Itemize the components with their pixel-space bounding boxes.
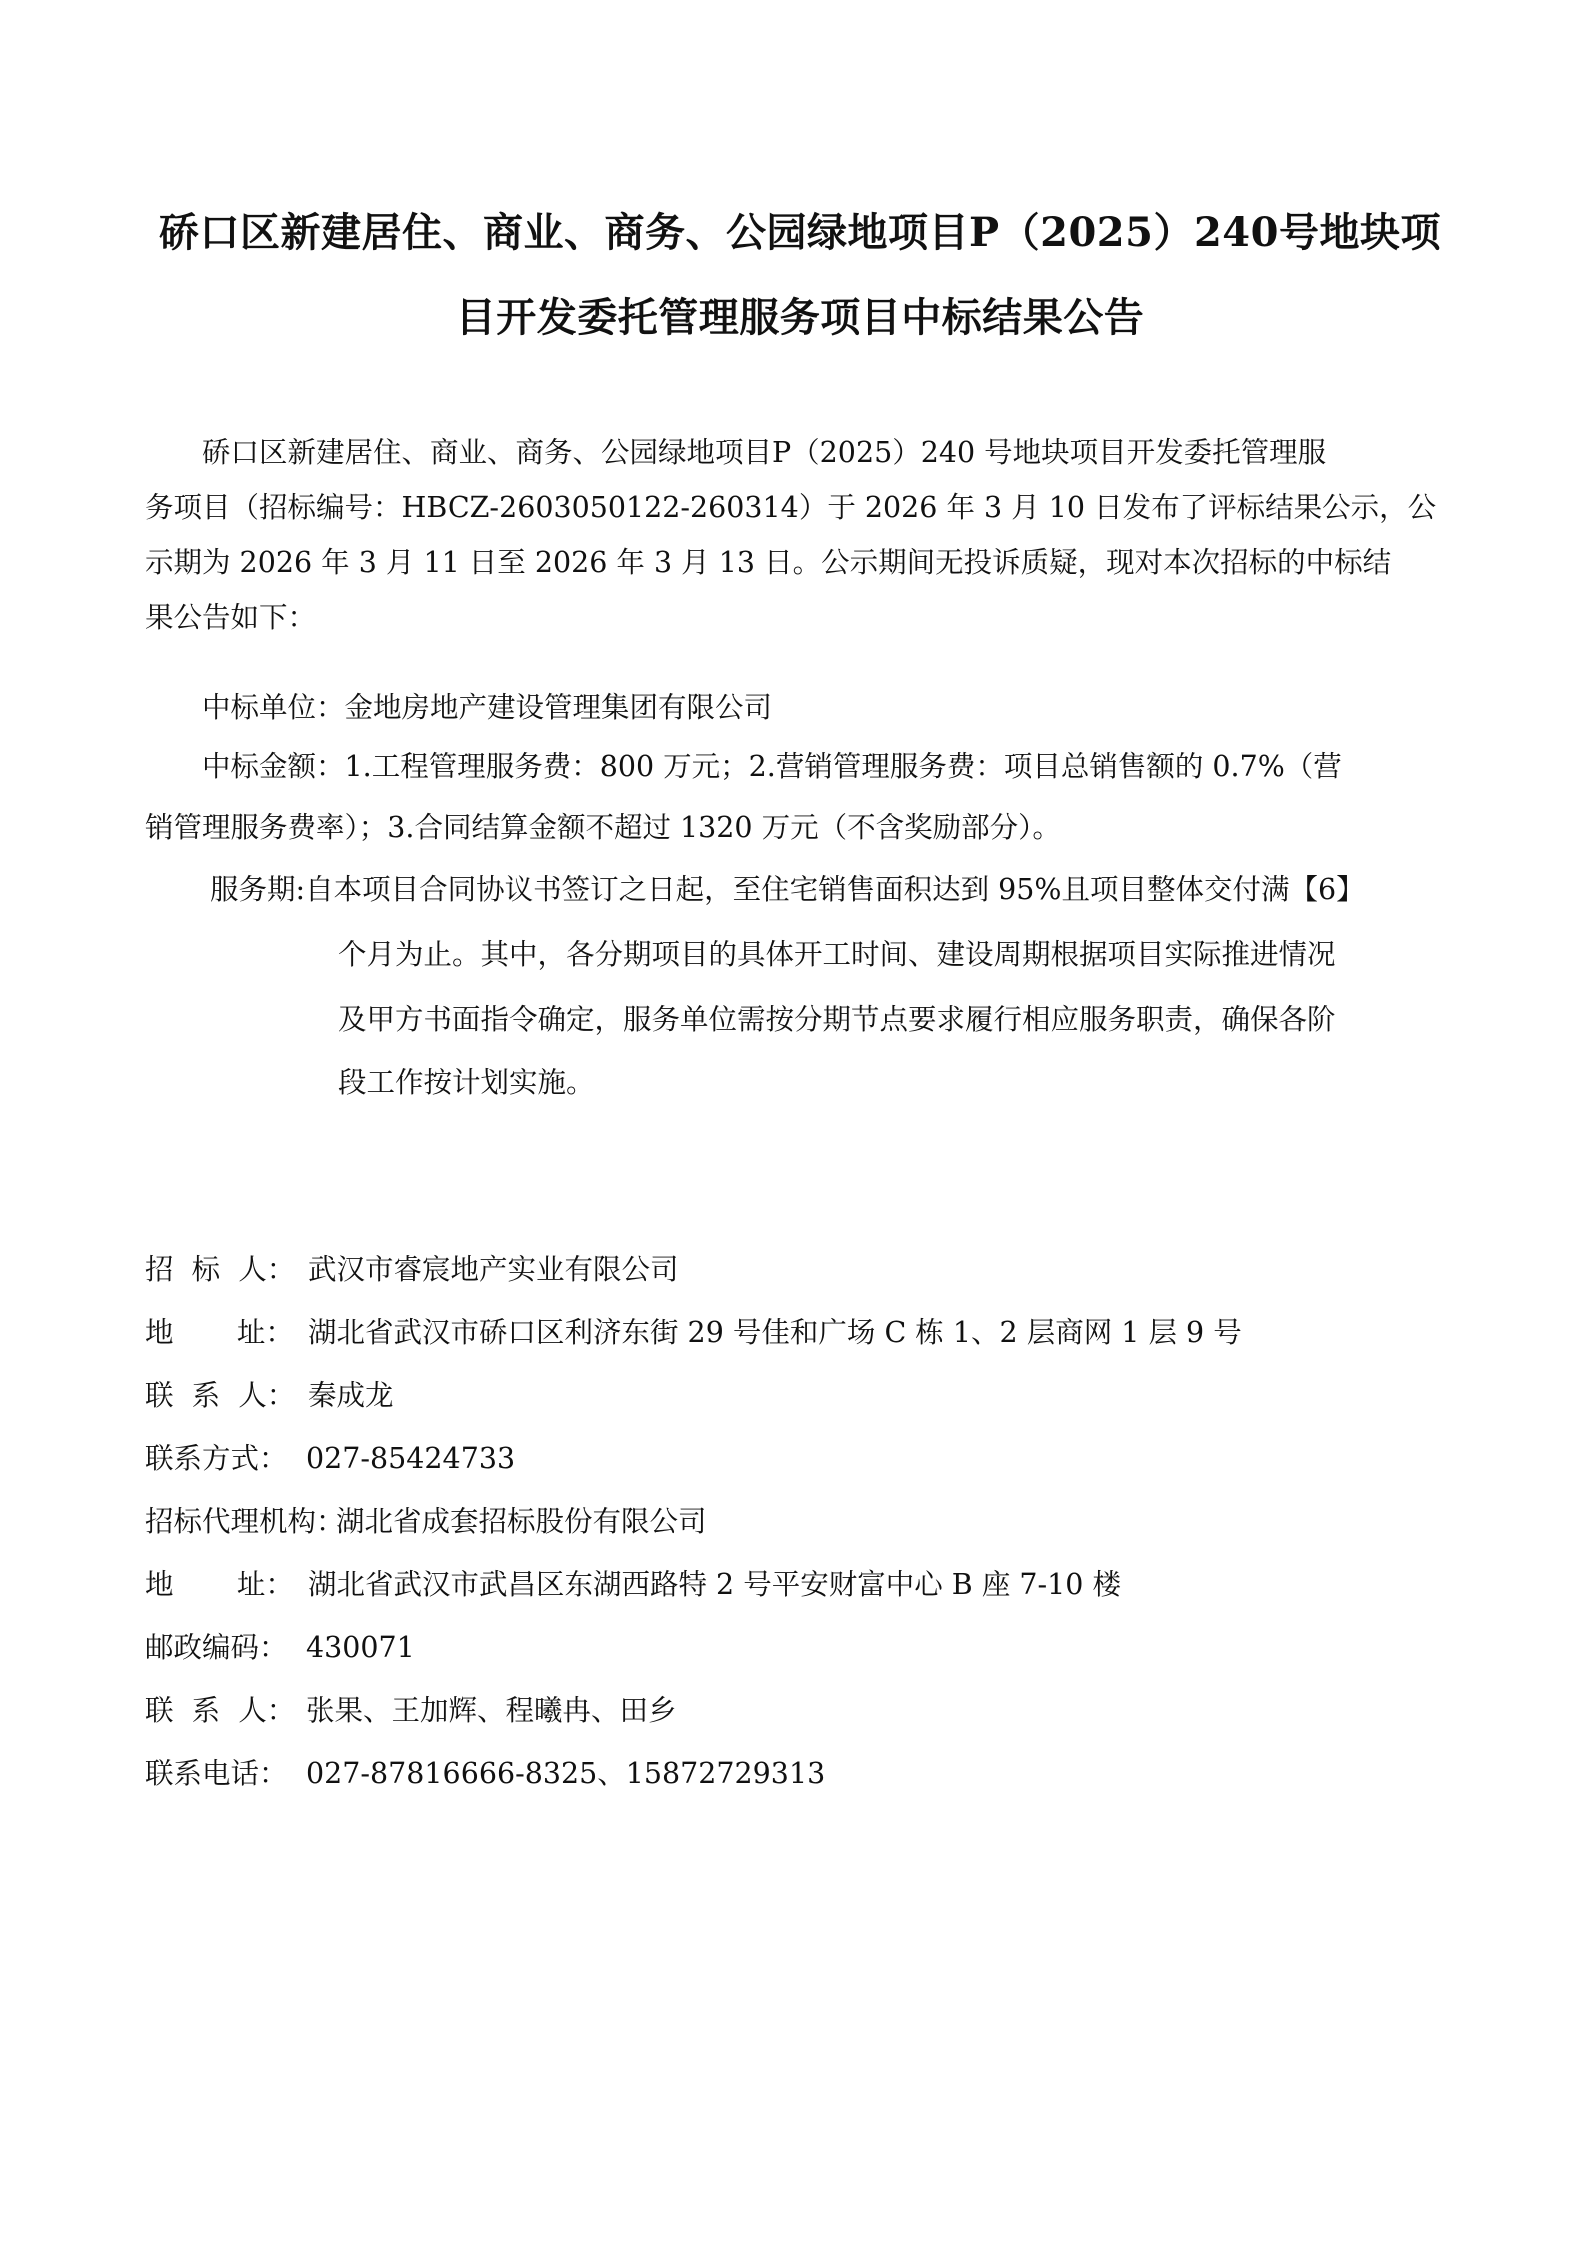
- tenderer-label: 招 标 人：: [145, 1250, 295, 1290]
- tenderer-value: 武汉市睿宸地产实业有限公司: [308, 1250, 679, 1290]
- service-period-label: 服务期:: [210, 873, 305, 906]
- tenderer-phone-value: 027-85424733: [306, 1439, 515, 1479]
- postal-code-label: 邮政编码：: [145, 1628, 288, 1668]
- tenderer-address-label: 地 址：: [145, 1313, 294, 1353]
- amount-line-2: 销管理服务费率）；3.合同结算金额不超过 1320 万元（不含奖励部分）。: [145, 808, 1061, 848]
- postal-code-value: 430071: [306, 1628, 415, 1668]
- service-period-line-2: 个月为止。其中，各分期项目的具体开工时间、建设周期根据项目实际推进情况: [338, 935, 1336, 975]
- document-title-line-2: 目开发委托管理服务项目中标结果公告: [140, 290, 1460, 346]
- amount-line-1: 中标金额：1.工程管理服务费：800 万元；2.营销管理服务费：项目总销售额的 …: [202, 747, 1342, 787]
- agency-value: 湖北省成套招标股份有限公司: [336, 1502, 707, 1542]
- intro-paragraph-line-2: 务项目（招标编号：HBCZ-2603050122-260314）于 2026 年…: [145, 488, 1436, 528]
- intro-paragraph-line-3: 示期为 2026 年 3 月 11 日至 2026 年 3 月 13 日。公示期…: [145, 543, 1391, 583]
- intro-paragraph-line-4: 果公告如下：: [145, 598, 316, 638]
- agency-phone-label: 联系电话：: [145, 1754, 288, 1794]
- winner-label: 中标单位：: [202, 691, 345, 724]
- winner-line: 中标单位：金地房地产建设管理集团有限公司: [202, 688, 772, 728]
- tenderer-contact-value: 秦成龙: [308, 1376, 394, 1416]
- agency-phone-value: 027-87816666-8325、15872729313: [306, 1754, 825, 1794]
- tenderer-phone-label: 联系方式：: [145, 1439, 288, 1479]
- winner-value: 金地房地产建设管理集团有限公司: [345, 691, 773, 724]
- agency-label: 招标代理机构：: [145, 1502, 345, 1542]
- service-period-line-3: 及甲方书面指令确定，服务单位需按分期节点要求履行相应服务职责，确保各阶: [338, 1000, 1336, 1040]
- tenderer-contact-label: 联 系 人：: [145, 1376, 295, 1416]
- agency-address-value: 湖北省武汉市武昌区东湖西路特 2 号平安财富中心 B 座 7-10 楼: [308, 1565, 1121, 1605]
- agency-contact-value: 张果、王加辉、程曦冉、田乡: [306, 1691, 677, 1731]
- service-period-line-4: 段工作按计划实施。: [338, 1063, 595, 1103]
- document-title-line-1: 硚口区新建居住、商业、商务、公园绿地项目P（2025）240号地块项: [140, 205, 1460, 261]
- service-period-text-1: 自本项目合同协议书签订之日起，至住宅销售面积达到 95%且项目整体交付满【6】: [305, 873, 1365, 906]
- agency-address-label: 地 址：: [145, 1565, 294, 1605]
- tenderer-address-value: 湖北省武汉市硚口区利济东街 29 号佳和广场 C 栋 1、2 层商网 1 层 9…: [308, 1313, 1242, 1353]
- agency-contact-label: 联 系 人：: [145, 1691, 295, 1731]
- document-page: 硚口区新建居住、商业、商务、公园绿地项目P（2025）240号地块项 目开发委托…: [0, 0, 1587, 2245]
- intro-paragraph-line-1: 硚口区新建居住、商业、商务、公园绿地项目P（2025）240 号地块项目开发委托…: [202, 433, 1326, 473]
- service-period-line-1: 服务期:自本项目合同协议书签订之日起，至住宅销售面积达到 95%且项目整体交付满…: [210, 870, 1365, 910]
